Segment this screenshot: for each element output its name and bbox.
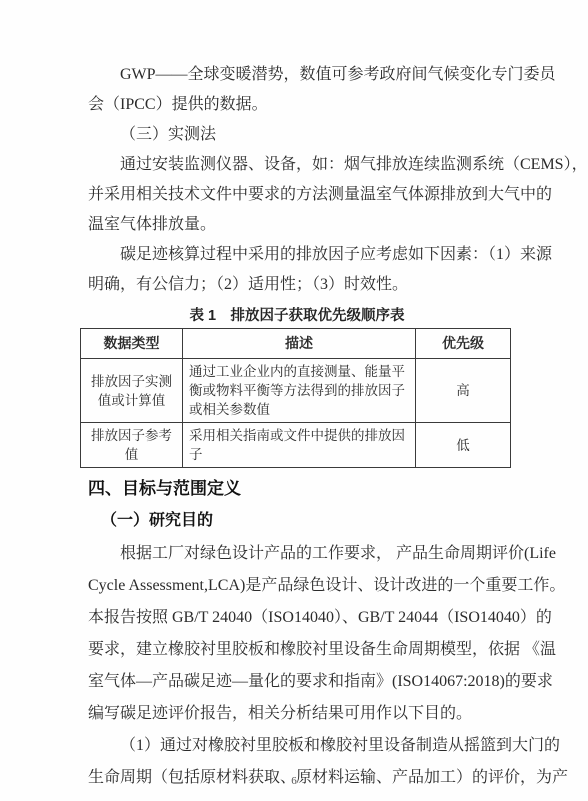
table-row: 排放因子参考值 采用相关指南或文件中提供的排放因子 低 xyxy=(81,423,511,468)
table-header-row: 数据类型 描述 优先级 xyxy=(81,329,511,359)
paragraph-line: GWP——全球变暖潜势，数值可参考政府间气候变化专门委员 xyxy=(88,60,508,90)
document-content: GWP——全球变暖潜势，数值可参考政府间气候变化专门委员 会（IPCC）提供的数… xyxy=(88,60,508,794)
paragraph-line: 根据工厂对绿色设计产品的工作要求， 产品生命周期评价(Life xyxy=(88,538,508,570)
paragraph-line: 要求，建立橡胶衬里胶板和橡胶衬里设备生命周期模型，依据 《温 xyxy=(88,634,508,666)
paragraph-line: 通过安装监测仪器、设备，如：烟气排放连续监测系统（CEMS）， xyxy=(88,150,508,180)
paragraph-line: 温室气体排放量。 xyxy=(88,210,508,240)
table-cell-data-type: 排放因子参考值 xyxy=(81,423,183,468)
paragraph-line: 本报告按照 GB/T 24040（ISO14040）、GB/T 24044（IS… xyxy=(88,602,508,634)
paragraph-line: 室气体—产品碳足迹—量化的要求和指南》(ISO14067:2018)的要求 xyxy=(88,666,508,698)
paragraph-line: （三）实测法 xyxy=(88,120,508,150)
table-cell-priority: 低 xyxy=(416,423,511,468)
paragraph-line: 编写碳足迹评价报告，相关分析结果可用作以下目的。 xyxy=(88,698,508,730)
section-heading: 四、目标与范围定义 xyxy=(88,477,508,501)
paragraph-line: 碳足迹核算过程中采用的排放因子应考虑如下因素：（1）来源 xyxy=(88,240,508,270)
table-cell-description: 采用相关指南或文件中提供的排放因子 xyxy=(183,423,416,468)
table-header-data-type: 数据类型 xyxy=(81,329,183,359)
subsection-heading: （一）研究目的 xyxy=(101,510,508,532)
page-number: 6 xyxy=(0,775,588,787)
table-caption: 表 1 排放因子获取优先级顺序表 xyxy=(82,304,512,325)
paragraph-line: Cycle Assessment,LCA)是产品绿色设计、设计改进的一个重要工作… xyxy=(88,570,508,602)
table-cell-description: 通过工业企业内的直接测量、能量平衡或物料平衡等方法得到的排放因子或相关参数值 xyxy=(183,359,416,423)
emission-factor-priority-table: 数据类型 描述 优先级 排放因子实测值或计算值 通过工业企业内的直接测量、能量平… xyxy=(80,328,511,468)
document-page: GWP——全球变暖潜势，数值可参考政府间气候变化专门委员 会（IPCC）提供的数… xyxy=(0,0,588,801)
paragraph-line: （1）通过对橡胶衬里胶板和橡胶衬里设备制造从摇篮到大门的 xyxy=(88,730,508,762)
paragraph-line: 明确，有公信力；（2）适用性；（3）时效性。 xyxy=(88,270,508,300)
paragraph-line: 会（IPCC）提供的数据。 xyxy=(88,90,508,120)
table-header-priority: 优先级 xyxy=(416,329,511,359)
table-row: 排放因子实测值或计算值 通过工业企业内的直接测量、能量平衡或物料平衡等方法得到的… xyxy=(81,359,511,423)
paragraph-line: 并采用相关技术文件中要求的方法测量温室气体源排放到大气中的 xyxy=(88,180,508,210)
table-cell-priority: 高 xyxy=(416,359,511,423)
table-header-description: 描述 xyxy=(183,329,416,359)
table-cell-data-type: 排放因子实测值或计算值 xyxy=(81,359,183,423)
